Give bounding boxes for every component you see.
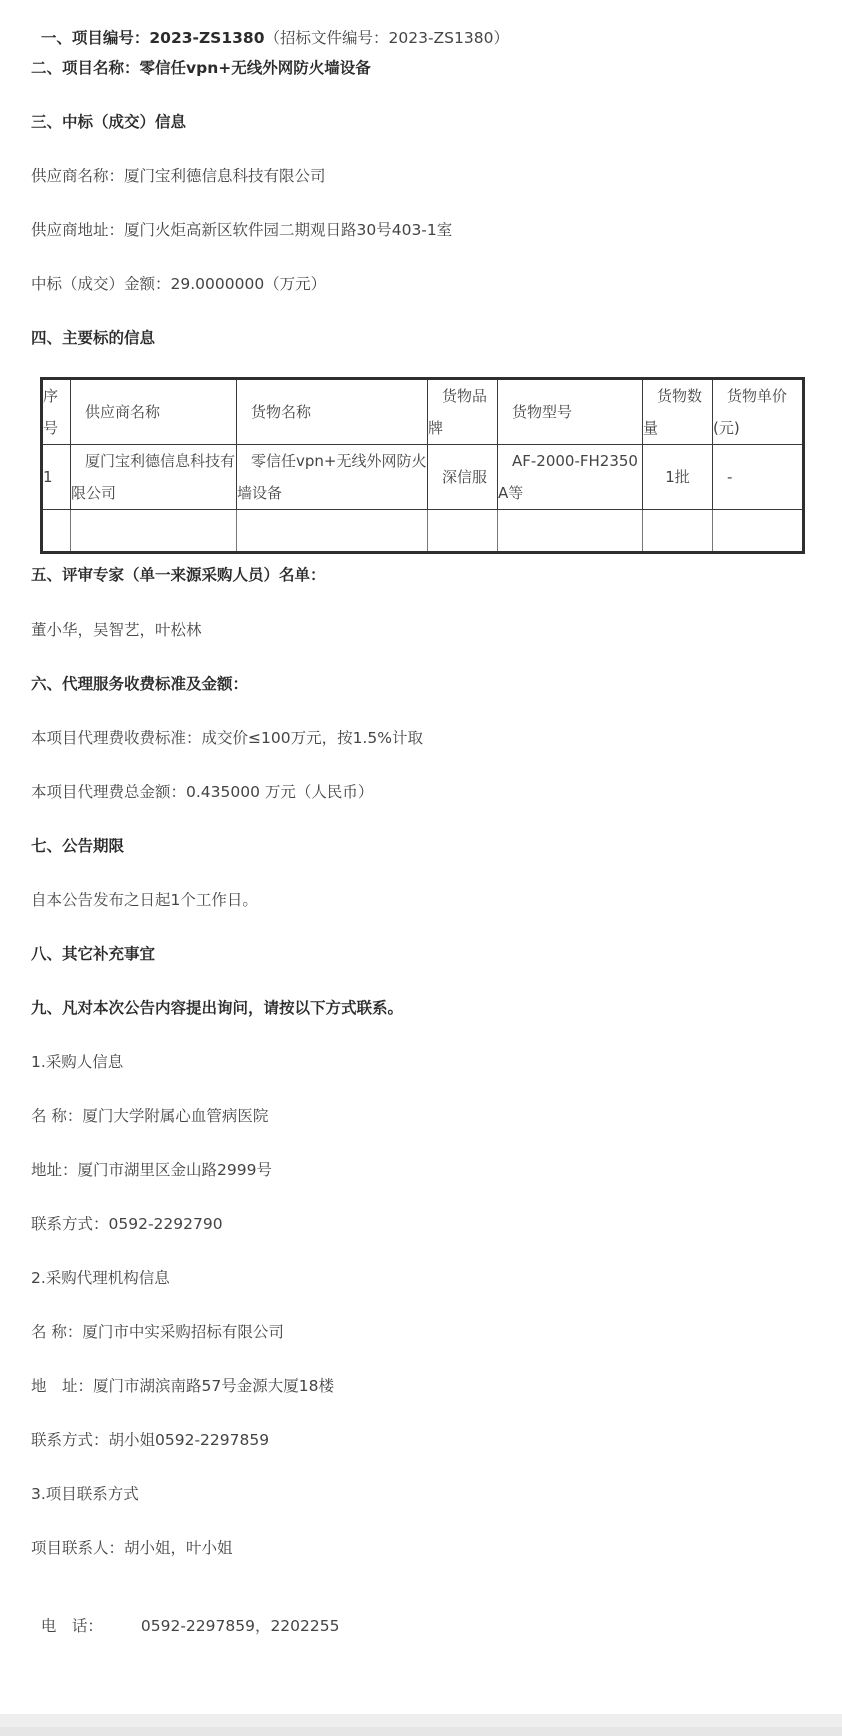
experts-heading: 五、评审专家（单一来源采购人员）名单： [31,563,326,587]
tender-doc-number: （招标文件编号：2023-ZS1380） [265,29,509,47]
phone-label: 电 话： [41,1617,103,1635]
main-items-table: 序号 供应商名称 货物名称 货物品牌 货物型号 货物数量 货物单价(元) 1 厦… [40,377,805,554]
cell-empty [428,510,498,553]
agency-address: 地 址：厦门市湖滨南路57号金源大厦18楼 [31,1374,334,1398]
agency-fee-total: 本项目代理费总金额：0.435000 万元（人民币） [31,780,373,804]
cell-brand: 深信服 [428,445,498,510]
phone-value: 0592-2297859，2202255 [141,1617,340,1635]
cell-empty [71,510,237,553]
cell-empty [237,510,428,553]
notice-period-heading: 七、公告期限 [31,834,124,858]
cell-unit-price: - [713,445,804,510]
purchaser-name: 名 称：厦门大学附属心血管病医院 [31,1104,268,1128]
supplier-address: 供应商地址：厦门火炬高新区软件园二期观日路30号403-1室 [31,218,452,242]
project-number-label: 一、项目编号： [41,29,150,47]
header-model: 货物型号 [498,379,643,445]
table-header-row: 序号 供应商名称 货物名称 货物品牌 货物型号 货物数量 货物单价(元) [42,379,804,445]
cell-empty [498,510,643,553]
project-number-value: 2023-ZS1380 [149,29,264,47]
table-row-empty [42,510,804,553]
cell-model: AF-2000-FH2350A等 [498,445,643,510]
experts-list: 董小华，吴智艺，叶松林 [31,618,202,642]
project-number-line: 一、项目编号：2023-ZS1380（招标文件编号：2023-ZS1380） [31,2,509,26]
agency-name: 名 称：厦门市中实采购招标有限公司 [31,1320,284,1344]
agency-contact: 联系方式：胡小姐0592-2297859 [31,1428,269,1452]
inquiry-heading: 九、凡对本次公告内容提出询问，请按以下方式联系。 [31,996,403,1020]
cell-index: 1 [42,445,71,510]
project-contact-phone: 电 话：0592-2297859，2202255 [31,1590,339,1614]
footer-band [0,1714,842,1727]
project-name-heading: 二、项目名称：零信任vpn+无线外网防火墙设备 [31,56,371,80]
purchaser-title: 1.采购人信息 [31,1050,123,1074]
header-quantity: 货物数量 [643,379,713,445]
cell-empty [713,510,804,553]
agency-fee-standard: 本项目代理费收费标准：成交价≤100万元，按1.5%计取 [31,726,423,750]
footer-band-lower [0,1727,842,1736]
award-info-heading: 三、中标（成交）信息 [31,110,186,134]
cell-supplier: 厦门宝利德信息科技有限公司 [71,445,237,510]
cell-goods-name: 零信任vpn+无线外网防火墙设备 [237,445,428,510]
cell-quantity: 1批 [643,445,713,510]
agency-title: 2.采购代理机构信息 [31,1266,170,1290]
main-items-heading: 四、主要标的信息 [31,326,155,350]
cell-empty [643,510,713,553]
cell-empty [42,510,71,553]
award-amount: 中标（成交）金额：29.0000000（万元） [31,272,326,296]
other-matters-heading: 八、其它补充事宜 [31,942,155,966]
purchaser-contact: 联系方式：0592-2292790 [31,1212,223,1236]
notice-period-text: 自本公告发布之日起1个工作日。 [31,888,258,912]
header-supplier: 供应商名称 [71,379,237,445]
header-unit-price: 货物单价(元) [713,379,804,445]
project-contact-title: 3.项目联系方式 [31,1482,139,1506]
project-contact-person: 项目联系人：胡小姐，叶小姐 [31,1536,233,1560]
supplier-name: 供应商名称：厦门宝利德信息科技有限公司 [31,164,326,188]
header-index: 序号 [42,379,71,445]
purchaser-address: 地址：厦门市湖里区金山路2999号 [31,1158,272,1182]
table-row: 1 厦门宝利德信息科技有限公司 零信任vpn+无线外网防火墙设备 深信服 AF-… [42,445,804,510]
agency-fee-heading: 六、代理服务收费标准及金额： [31,672,248,696]
header-goods-name: 货物名称 [237,379,428,445]
header-brand: 货物品牌 [428,379,498,445]
